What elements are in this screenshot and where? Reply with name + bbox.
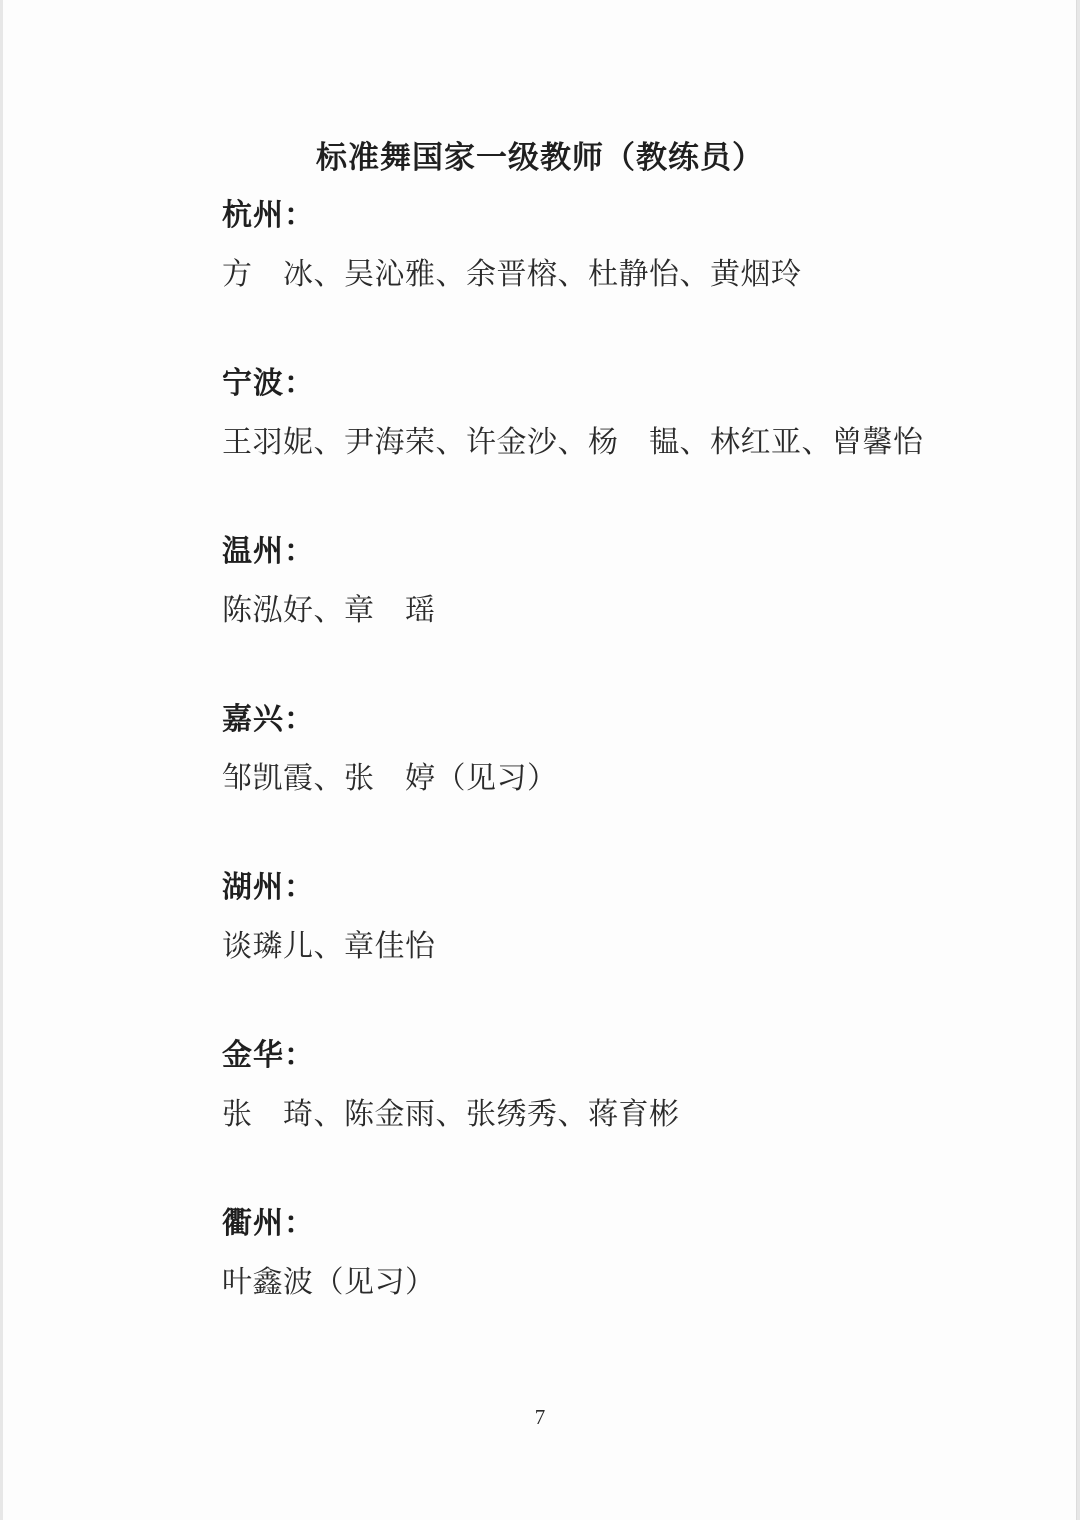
names-line: 王羽妮、尹海荣、许金沙、杨 韫、林红亚、曾馨怡 — [222, 424, 930, 461]
page-title: 标准舞国家一级教师（教练员） — [0, 0, 1080, 178]
page-left-edge — [0, 0, 3, 1520]
city-section-jinhua: 金华： 张 琦、陈金雨、张绣秀、蒋育彬 — [222, 1037, 930, 1133]
city-label: 嘉兴： — [222, 701, 930, 738]
city-section-jiaxing: 嘉兴： 邹凯霞、张 婷（见习） — [222, 701, 930, 797]
city-section-ningbo: 宁波： 王羽妮、尹海荣、许金沙、杨 韫、林红亚、曾馨怡 — [222, 365, 930, 461]
names-line: 张 琦、陈金雨、张绣秀、蒋育彬 — [222, 1096, 930, 1133]
city-label: 湖州： — [222, 869, 930, 906]
page-right-edge — [1076, 0, 1080, 1520]
page-number: 7 — [0, 1405, 1080, 1430]
city-label: 金华： — [222, 1037, 930, 1074]
city-label: 杭州： — [222, 197, 930, 234]
names-line: 谈璘儿、章佳怡 — [222, 928, 930, 965]
city-label: 温州： — [222, 533, 930, 570]
names-line: 叶鑫波（见习） — [222, 1264, 930, 1301]
city-label: 宁波： — [222, 365, 930, 402]
names-line: 陈泓好、章 瑶 — [222, 592, 930, 629]
document-body: 杭州： 方 冰、吴沁雅、余晋榕、杜静怡、黄烟玲 宁波： 王羽妮、尹海荣、许金沙、… — [0, 197, 1080, 1301]
city-section-quzhou: 衢州： 叶鑫波（见习） — [222, 1205, 930, 1301]
city-section-hangzhou: 杭州： 方 冰、吴沁雅、余晋榕、杜静怡、黄烟玲 — [222, 197, 930, 293]
city-label: 衢州： — [222, 1205, 930, 1242]
city-section-wenzhou: 温州： 陈泓好、章 瑶 — [222, 533, 930, 629]
city-section-huzhou: 湖州： 谈璘儿、章佳怡 — [222, 869, 930, 965]
names-line: 邹凯霞、张 婷（见习） — [222, 760, 930, 797]
names-line: 方 冰、吴沁雅、余晋榕、杜静怡、黄烟玲 — [222, 256, 930, 293]
